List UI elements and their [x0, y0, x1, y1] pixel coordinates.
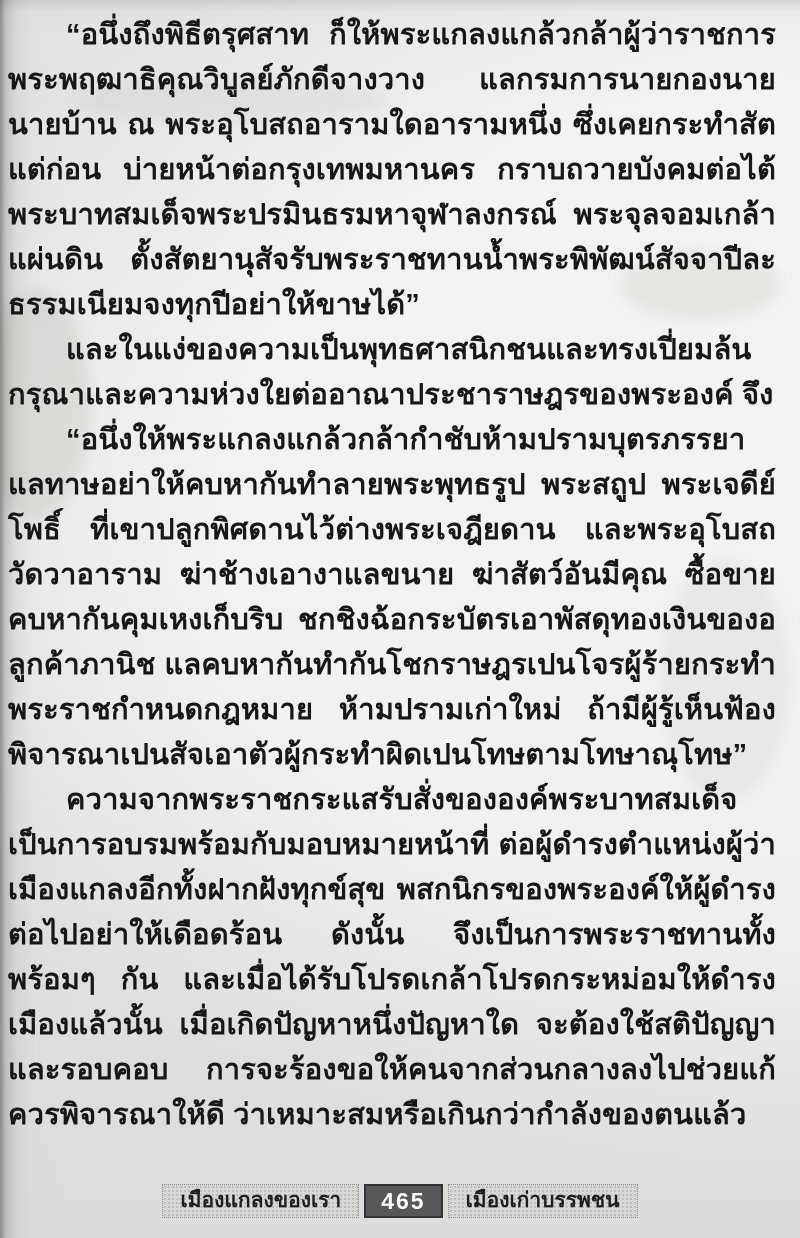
text-line: พิจารณาเปนสัจเอาตัวผู้กระทำผิดเปนโทษตามโ…: [8, 733, 776, 778]
text-line: พระบาทสมเด็จพระปรมินธรมหาจุฬาลงกรณ์ พระจ…: [8, 193, 776, 238]
text-line: ลูกค้าภานิช แลคบหากันทำกันโชกราษฎรเปนโจร…: [8, 643, 776, 688]
footer-left-label: เมืองแกลงของเรา: [162, 1184, 359, 1218]
text-line: เป็นการอบรมพร้อมกับมอบหมายหน้าที่ ต่อผู้…: [8, 823, 776, 868]
paragraph-buddhist-intro: และในแง่ของความเป็นพุทธศาสนิกชนและทรงเปี…: [8, 328, 776, 418]
text-line: “อนึ่งถึงพิธีตรุศสาท ก็ให้พระแกลงแกล้วกล…: [8, 13, 776, 58]
text-line: “อนึ่งให้พระแกลงแกล้วกล้ากำชับห้ามปรามบุ…: [8, 418, 776, 463]
text-line: แผ่นดิน ตั้งสัตยานุสัจรับพระราชทานน้ำพระ…: [8, 238, 776, 283]
text-line: เมืองแล้วนั้น เมื่อเกิดปัญหาหนึ่งปัญหาใด…: [8, 1003, 776, 1048]
text-line: นายบ้าน ณ พระอุโบสถอารามใดอารามหนึ่ง ซึ่…: [8, 103, 776, 148]
text-line: พระพฤฒาธิคุณวิบูลย์ภักดีจางวาง แลกรมการน…: [8, 58, 776, 103]
footer-bar: เมืองแกลงของเรา 465 เมืองเก่าบรรพชน: [0, 1184, 800, 1218]
body-text: “อนึ่งถึงพิธีตรุศสาท ก็ให้พระแกลงแกล้วกล…: [8, 13, 776, 1138]
text-line: วัดวาอาราม ฆ่าช้างเอางาแลขนาย ฆ่าสัตว์อั…: [8, 553, 776, 598]
footer-right-label: เมืองเก่าบรรพชน: [448, 1184, 638, 1218]
text-line: ความจากพระราชกระแสรับสั่งขององค์พระบาทสม…: [8, 778, 776, 823]
text-line: ธรรมเนียมจงทุกปีอย่าให้ขาษได้”: [8, 283, 776, 328]
text-line: แลทาษอย่าให้คบหากันทำลายพระพุทธรูป พระสถ…: [8, 463, 776, 508]
text-line: พร้อมๆ กัน และเมื่อได้รับโปรดเกล้าโปรดกร…: [8, 958, 776, 1003]
text-line: ต่อไปอย่าให้เดือดร้อน ดังนั้น จึงเป็นการ…: [8, 913, 776, 958]
page-number-badge: 465: [364, 1184, 442, 1218]
text-line: คบหากันคุมเหงเก็บริบ ชกชิงฉ้อกระบัตรเอาพ…: [8, 598, 776, 643]
paragraph-commentary: ความจากพระราชกระแสรับสั่งขององค์พระบาทสม…: [8, 778, 776, 1138]
text-line: พระราชกำหนดกฎหมาย ห้ามปรามเก่าใหม่ ถ้ามี…: [8, 688, 776, 733]
paragraph-royal-command: “อนึ่งให้พระแกลงแกล้วกล้ากำชับห้ามปรามบุ…: [8, 418, 776, 778]
text-line: โพธิ์ ที่เขาปลูกพิศดานไว้ต่างพระเจฎียดาน…: [8, 508, 776, 553]
text-line: กรุณาและความห่วงใยต่ออาณาประชาราษฎรของพร…: [8, 373, 776, 418]
scanned-book-page: “อนึ่งถึงพิธีตรุศสาท ก็ให้พระแกลงแกล้วกล…: [0, 0, 800, 1238]
text-line: เมืองแกลงอีกทั้งฝากฝังทุกข์สุข พสกนิกรขอ…: [8, 868, 776, 913]
text-line: และในแง่ของความเป็นพุทธศาสนิกชนและทรงเปี…: [8, 328, 776, 373]
text-line: ควรพิจารณาให้ดี ว่าเหมาะสมหรือเกินกว่ากำ…: [8, 1093, 776, 1138]
text-line: แต่ก่อน บ่ายหน้าต่อกรุงเทพมหานคร กราบถวา…: [8, 148, 776, 193]
text-line: และรอบคอบ การจะร้องขอให้คนจากส่วนกลางลงไ…: [8, 1048, 776, 1093]
paragraph-royal-oath: “อนึ่งถึงพิธีตรุศสาท ก็ให้พระแกลงแกล้วกล…: [8, 13, 776, 328]
